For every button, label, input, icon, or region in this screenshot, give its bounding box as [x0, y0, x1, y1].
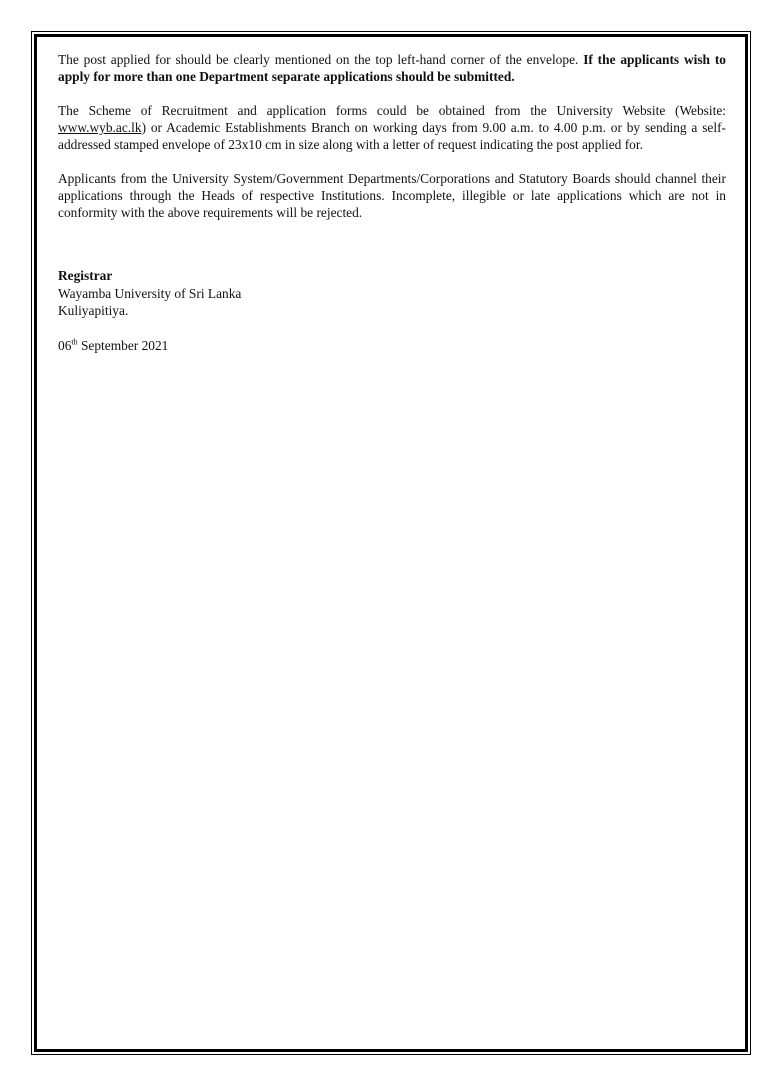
forms-text-before-link: The Scheme of Recruitment and applicatio…: [58, 103, 726, 118]
forms-text-after-link: ) or Academic Establishments Branch on w…: [58, 120, 726, 152]
envelope-instructions-paragraph: The post applied for should be clearly m…: [58, 51, 726, 85]
application-forms-paragraph: The Scheme of Recruitment and applicatio…: [58, 102, 726, 153]
channel-applications-paragraph: Applicants from the University System/Go…: [58, 170, 726, 221]
document-date: 06th September 2021: [58, 337, 726, 354]
signature-block: Registrar Wayamba University of Sri Lank…: [58, 267, 726, 320]
date-day: 06: [58, 338, 71, 353]
date-month-year: September 2021: [78, 338, 169, 353]
signatory-title: Registrar: [58, 267, 726, 285]
envelope-instruction-text: The post applied for should be clearly m…: [58, 52, 583, 67]
signatory-location: Kuliyapitiya.: [58, 302, 726, 320]
signatory-organization: Wayamba University of Sri Lanka: [58, 285, 726, 303]
university-website-link[interactable]: www.wyb.ac.lk: [58, 120, 142, 135]
document-body: The post applied for should be clearly m…: [58, 51, 726, 354]
